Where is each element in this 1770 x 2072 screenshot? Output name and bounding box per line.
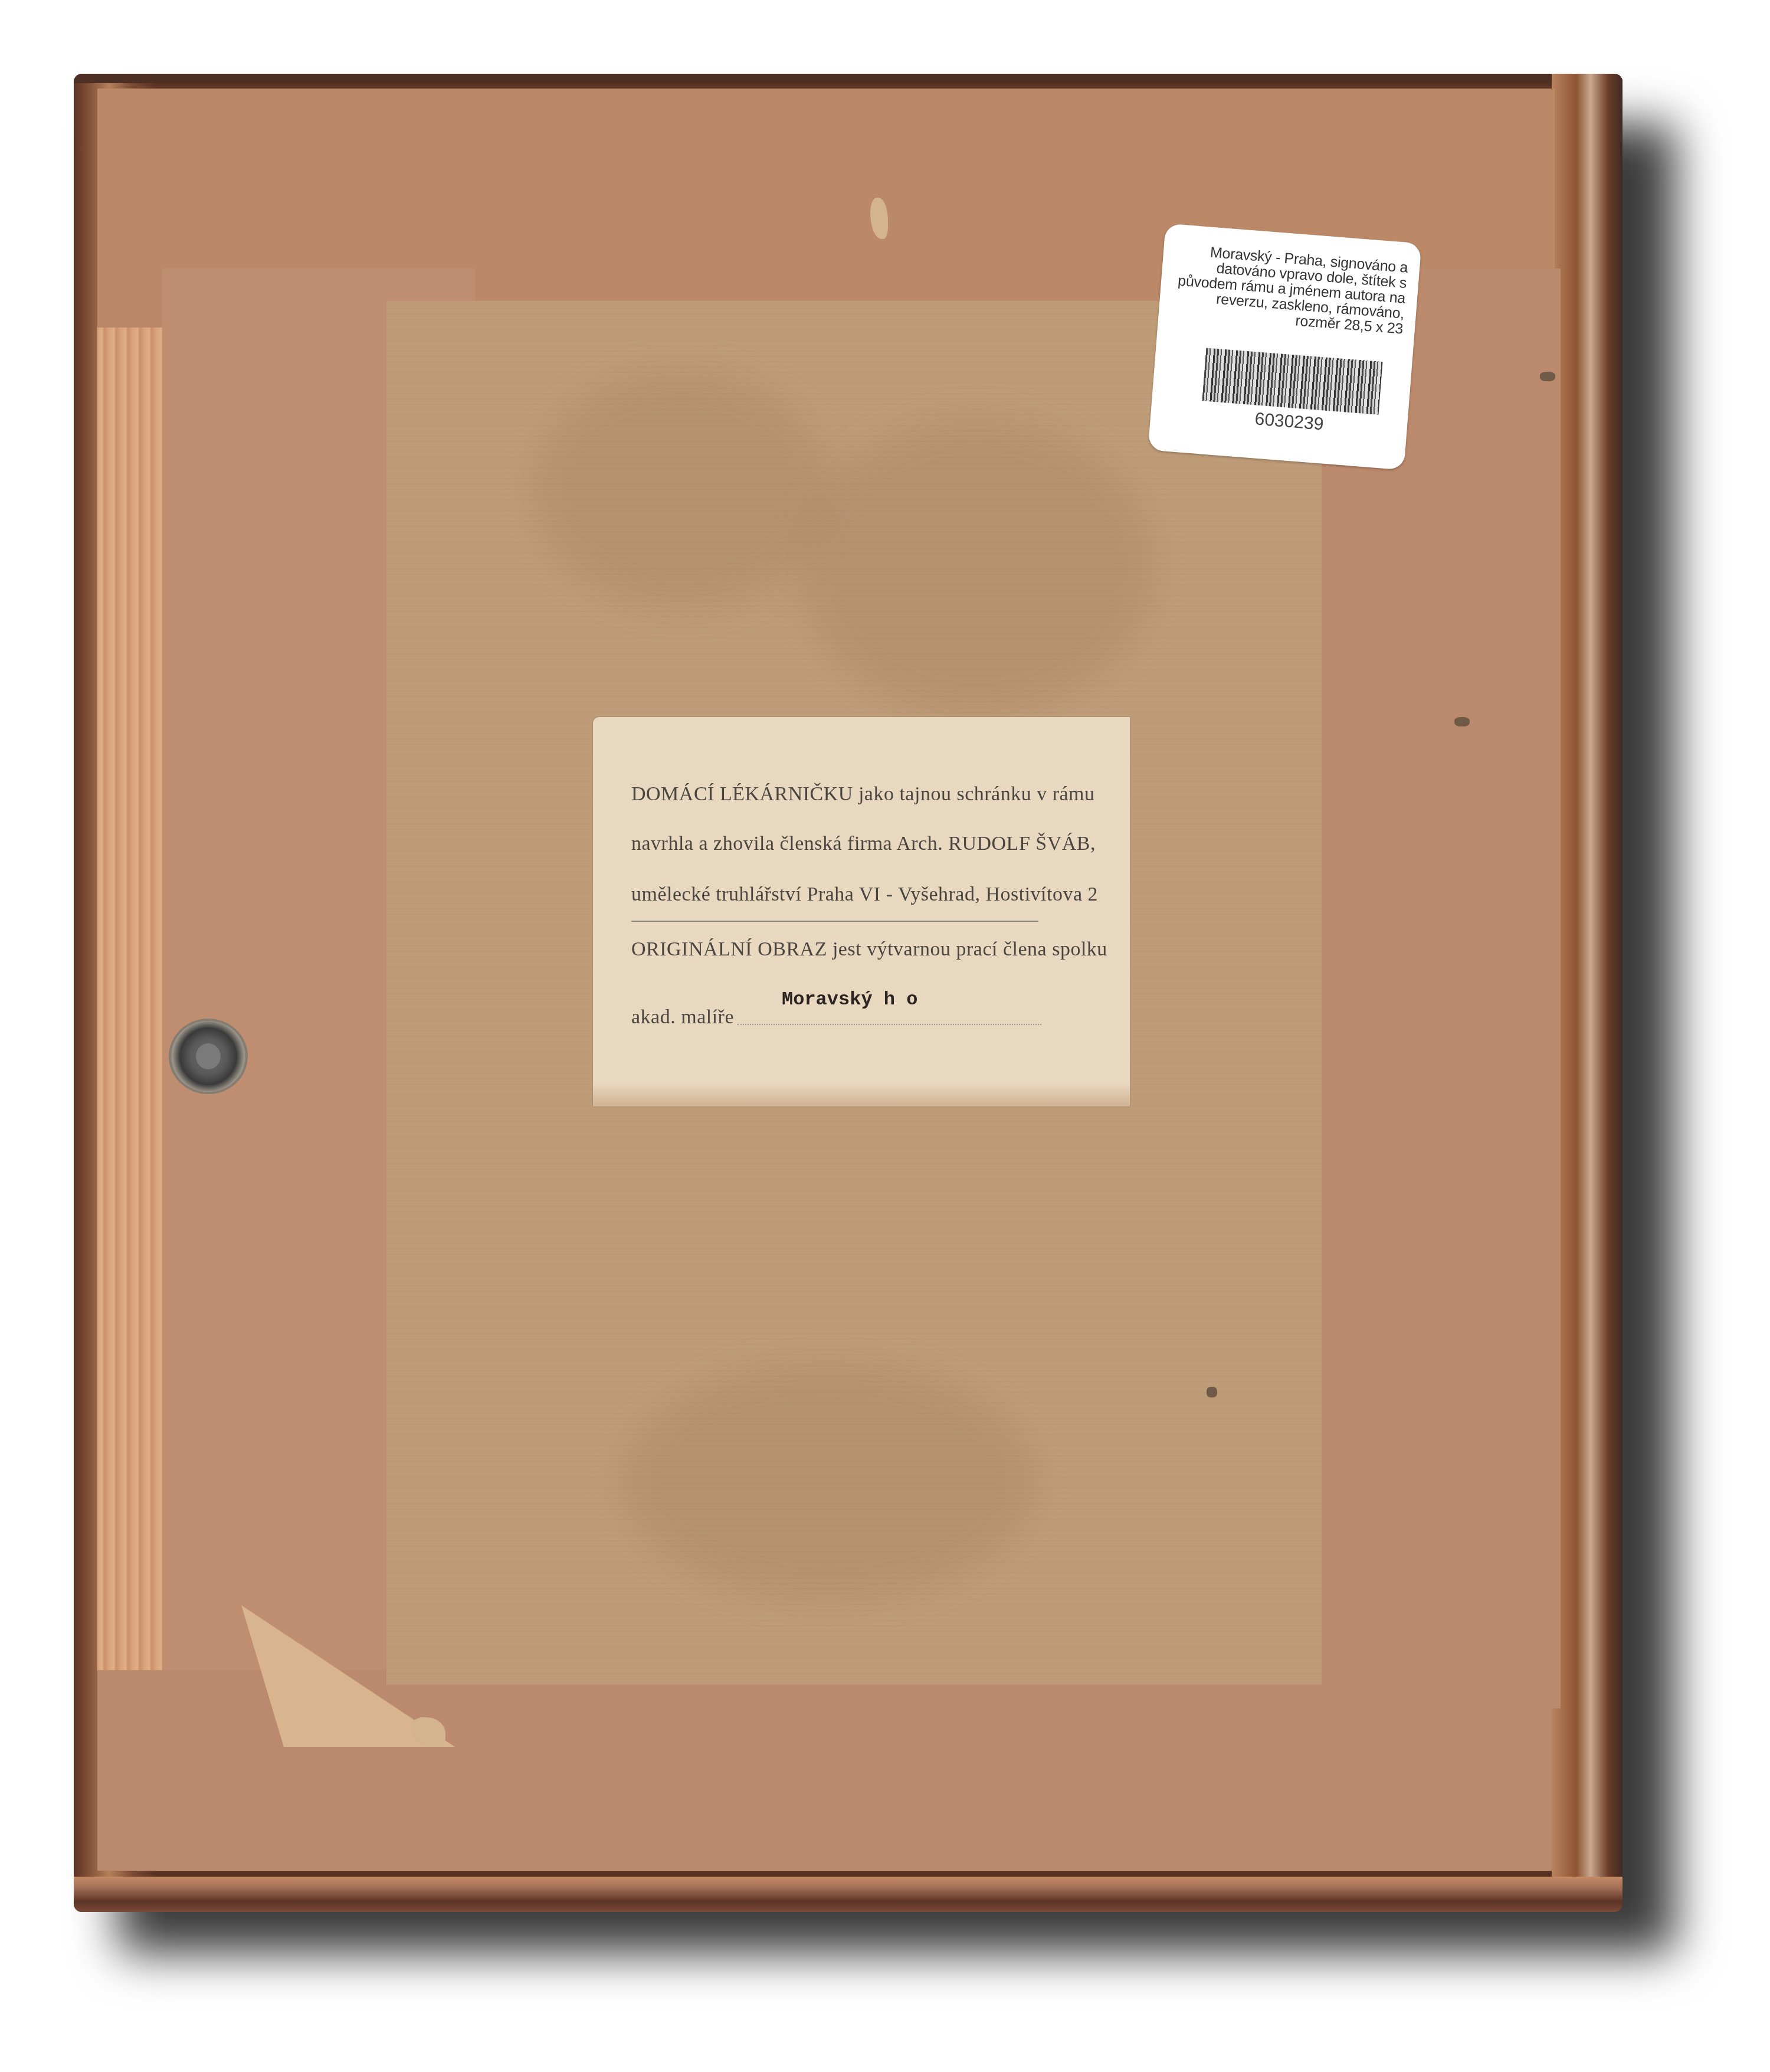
water-stain [534, 372, 829, 608]
frame-maker-label: DOMÁCÍ LÉKÁRNIČKU jako tajnou schránku v… [593, 717, 1130, 1107]
label-line-1: DOMÁCÍ LÉKÁRNIČKU jako tajnou schránku v… [631, 783, 1071, 806]
paper-tape-right [1313, 269, 1561, 1708]
label-line-5: akad. malíře [631, 1006, 1071, 1029]
frame-top-rail [74, 74, 1622, 83]
frame-bottom-rail [74, 1877, 1622, 1912]
water-stain [622, 1363, 1035, 1599]
water-stain [799, 419, 1153, 714]
hanging-fastener-icon [171, 1021, 245, 1092]
screw-head-icon [196, 1043, 221, 1069]
barcode-icon [1202, 348, 1382, 415]
sticker-description: Moravský - Praha, signováno a datováno v… [1170, 242, 1408, 337]
nail-hole-icon [1207, 1387, 1217, 1397]
signature-dotted-line [737, 1024, 1041, 1025]
label-divider [631, 921, 1038, 922]
label-line-2: navrhla a zhovila členská firma Arch. RU… [631, 833, 1071, 855]
torn-edge [593, 1083, 1130, 1107]
picture-frame-back: DOMÁCÍ LÉKÁRNIČKU jako tajnou schránku v… [74, 74, 1622, 1912]
label-line-3: umělecké truhlářství Praha VI - Vyšehrad… [631, 883, 1071, 906]
frame-right-rail [1552, 74, 1622, 1912]
catalog-sticker: Moravský - Praha, signováno a datováno v… [1148, 224, 1422, 470]
nail-hole-icon [1540, 372, 1555, 381]
nail-head-icon [1454, 717, 1470, 726]
label-line-4: ORIGINÁLNÍ OBRAZ jest výtvarnou prací čl… [631, 938, 1071, 961]
